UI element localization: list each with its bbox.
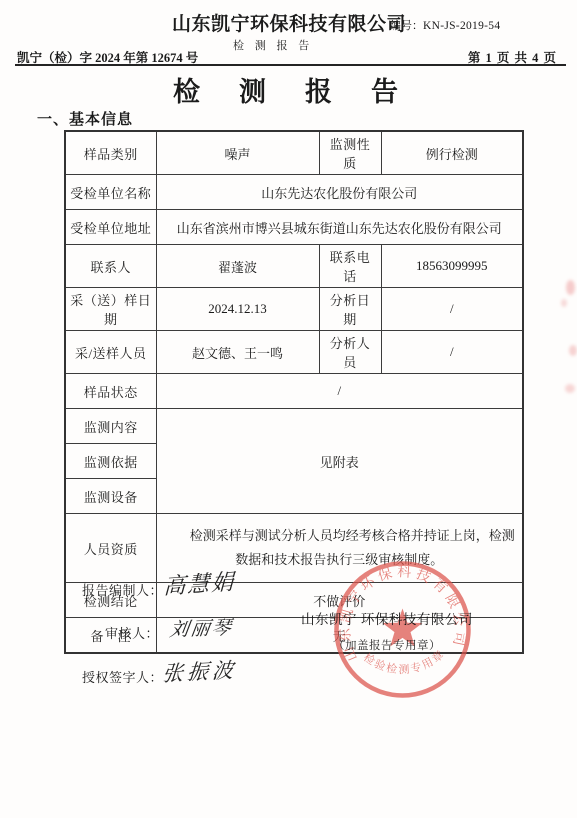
cell-analyst-label: 分析人员 [319,331,381,374]
red-smudge [569,345,577,356]
cell-sampling-date-label: 采（送）样日期 [65,288,156,331]
letterhead-company: 山东凯宁环保科技有限公司 [172,9,406,36]
cell-personnel-qualification-label: 人员资质 [65,514,156,583]
preparer-label: 报告编制人： [82,580,163,599]
cell-monitor-nature-label: 监测性质 [319,131,381,175]
letterhead-code: 编号：KN-JS-2019-54 [390,17,500,33]
cell-phone-value: 18563099995 [381,245,523,288]
code-value: KN-JS-2019-54 [423,20,500,32]
cell-sampling-date-value: 2024.12.13 [156,288,319,331]
table-row: 采（送）样日期 2024.12.13 分析日期 / [65,288,523,331]
cell-phone-label: 联系电话 [319,245,381,288]
cell-monitor-nature-value: 例行检测 [381,131,523,175]
table-row: 样品类别 噪声 监测性质 例行检测 [65,131,523,175]
table-row: 采/送样人员 赵文德、王一鸣 分析人员 / [65,331,523,374]
cell-client-name-label: 受检单位名称 [65,175,156,210]
cell-analysis-date-label: 分析日期 [319,288,381,331]
cell-sample-type-label: 样品类别 [65,131,156,175]
cell-see-attachment-value: 见附表 [156,409,523,514]
cell-sample-status-label: 样品状态 [65,374,156,409]
table-row: 受检单位地址 山东省滨州市博兴县城东街道山东先达农化股份有限公司 [65,210,523,245]
cell-monitor-equipment-label: 监测设备 [65,479,156,514]
table-row: 监测内容 见附表 [65,409,523,444]
cell-analysis-date-value: / [381,288,523,331]
company-seal-stamp: 山东凯宁环保科技有限公司 检验检测专用章 [330,557,475,702]
cell-contact-value: 翟蓬波 [156,245,319,288]
cell-client-name-value: 山东先达农化股份有限公司 [156,175,523,210]
cell-client-address-label: 受检单位地址 [65,210,156,245]
table-row: 样品状态 / [65,374,523,409]
cell-sampler-value: 赵文德、王一鸣 [156,331,319,374]
seal-note-line: （加盖报告专用章） [333,637,441,653]
cell-sample-type-value: 噪声 [156,131,319,175]
cell-contact-label: 联系人 [65,245,156,288]
code-label: 编号： [390,20,423,32]
report-page: 山东凯宁环保科技有限公司 编号：KN-JS-2019-54 检 测 报 告 凯宁… [0,0,577,818]
red-smudge [565,384,575,393]
document-title: 检 测 报 告 [0,70,577,109]
cell-sample-status-value: / [156,374,523,409]
red-smudge [566,280,575,295]
cell-analyst-value: / [381,331,523,374]
section-heading: 一、基本信息 [37,108,133,129]
red-smudge [561,299,567,307]
cell-monitor-basis-label: 监测依据 [65,444,156,479]
preparer-signature: 高慧娟 [163,565,236,601]
letterhead-doc-type: 检 测 报 告 [233,37,313,53]
cell-client-address-value: 山东省滨州市博兴县城东街道山东先达农化股份有限公司 [156,210,523,245]
cell-monitor-content-label: 监测内容 [65,409,156,444]
table-row: 受检单位名称 山东先达农化股份有限公司 [65,175,523,210]
cell-sampler-label: 采/送样人员 [65,331,156,374]
seal-company-line: 山东凯宁 环保科技有限公司 [301,608,473,628]
authorized-signatory-label: 授权签字人： [82,667,163,686]
reviewer-signature: 刘丽琴 [168,613,235,642]
reviewer-label: 审核人： [105,623,159,642]
authorized-signature: 张振波 [161,654,239,688]
header-rule [15,64,566,66]
table-row: 联系人 翟蓬波 联系电话 18563099995 [65,245,523,288]
